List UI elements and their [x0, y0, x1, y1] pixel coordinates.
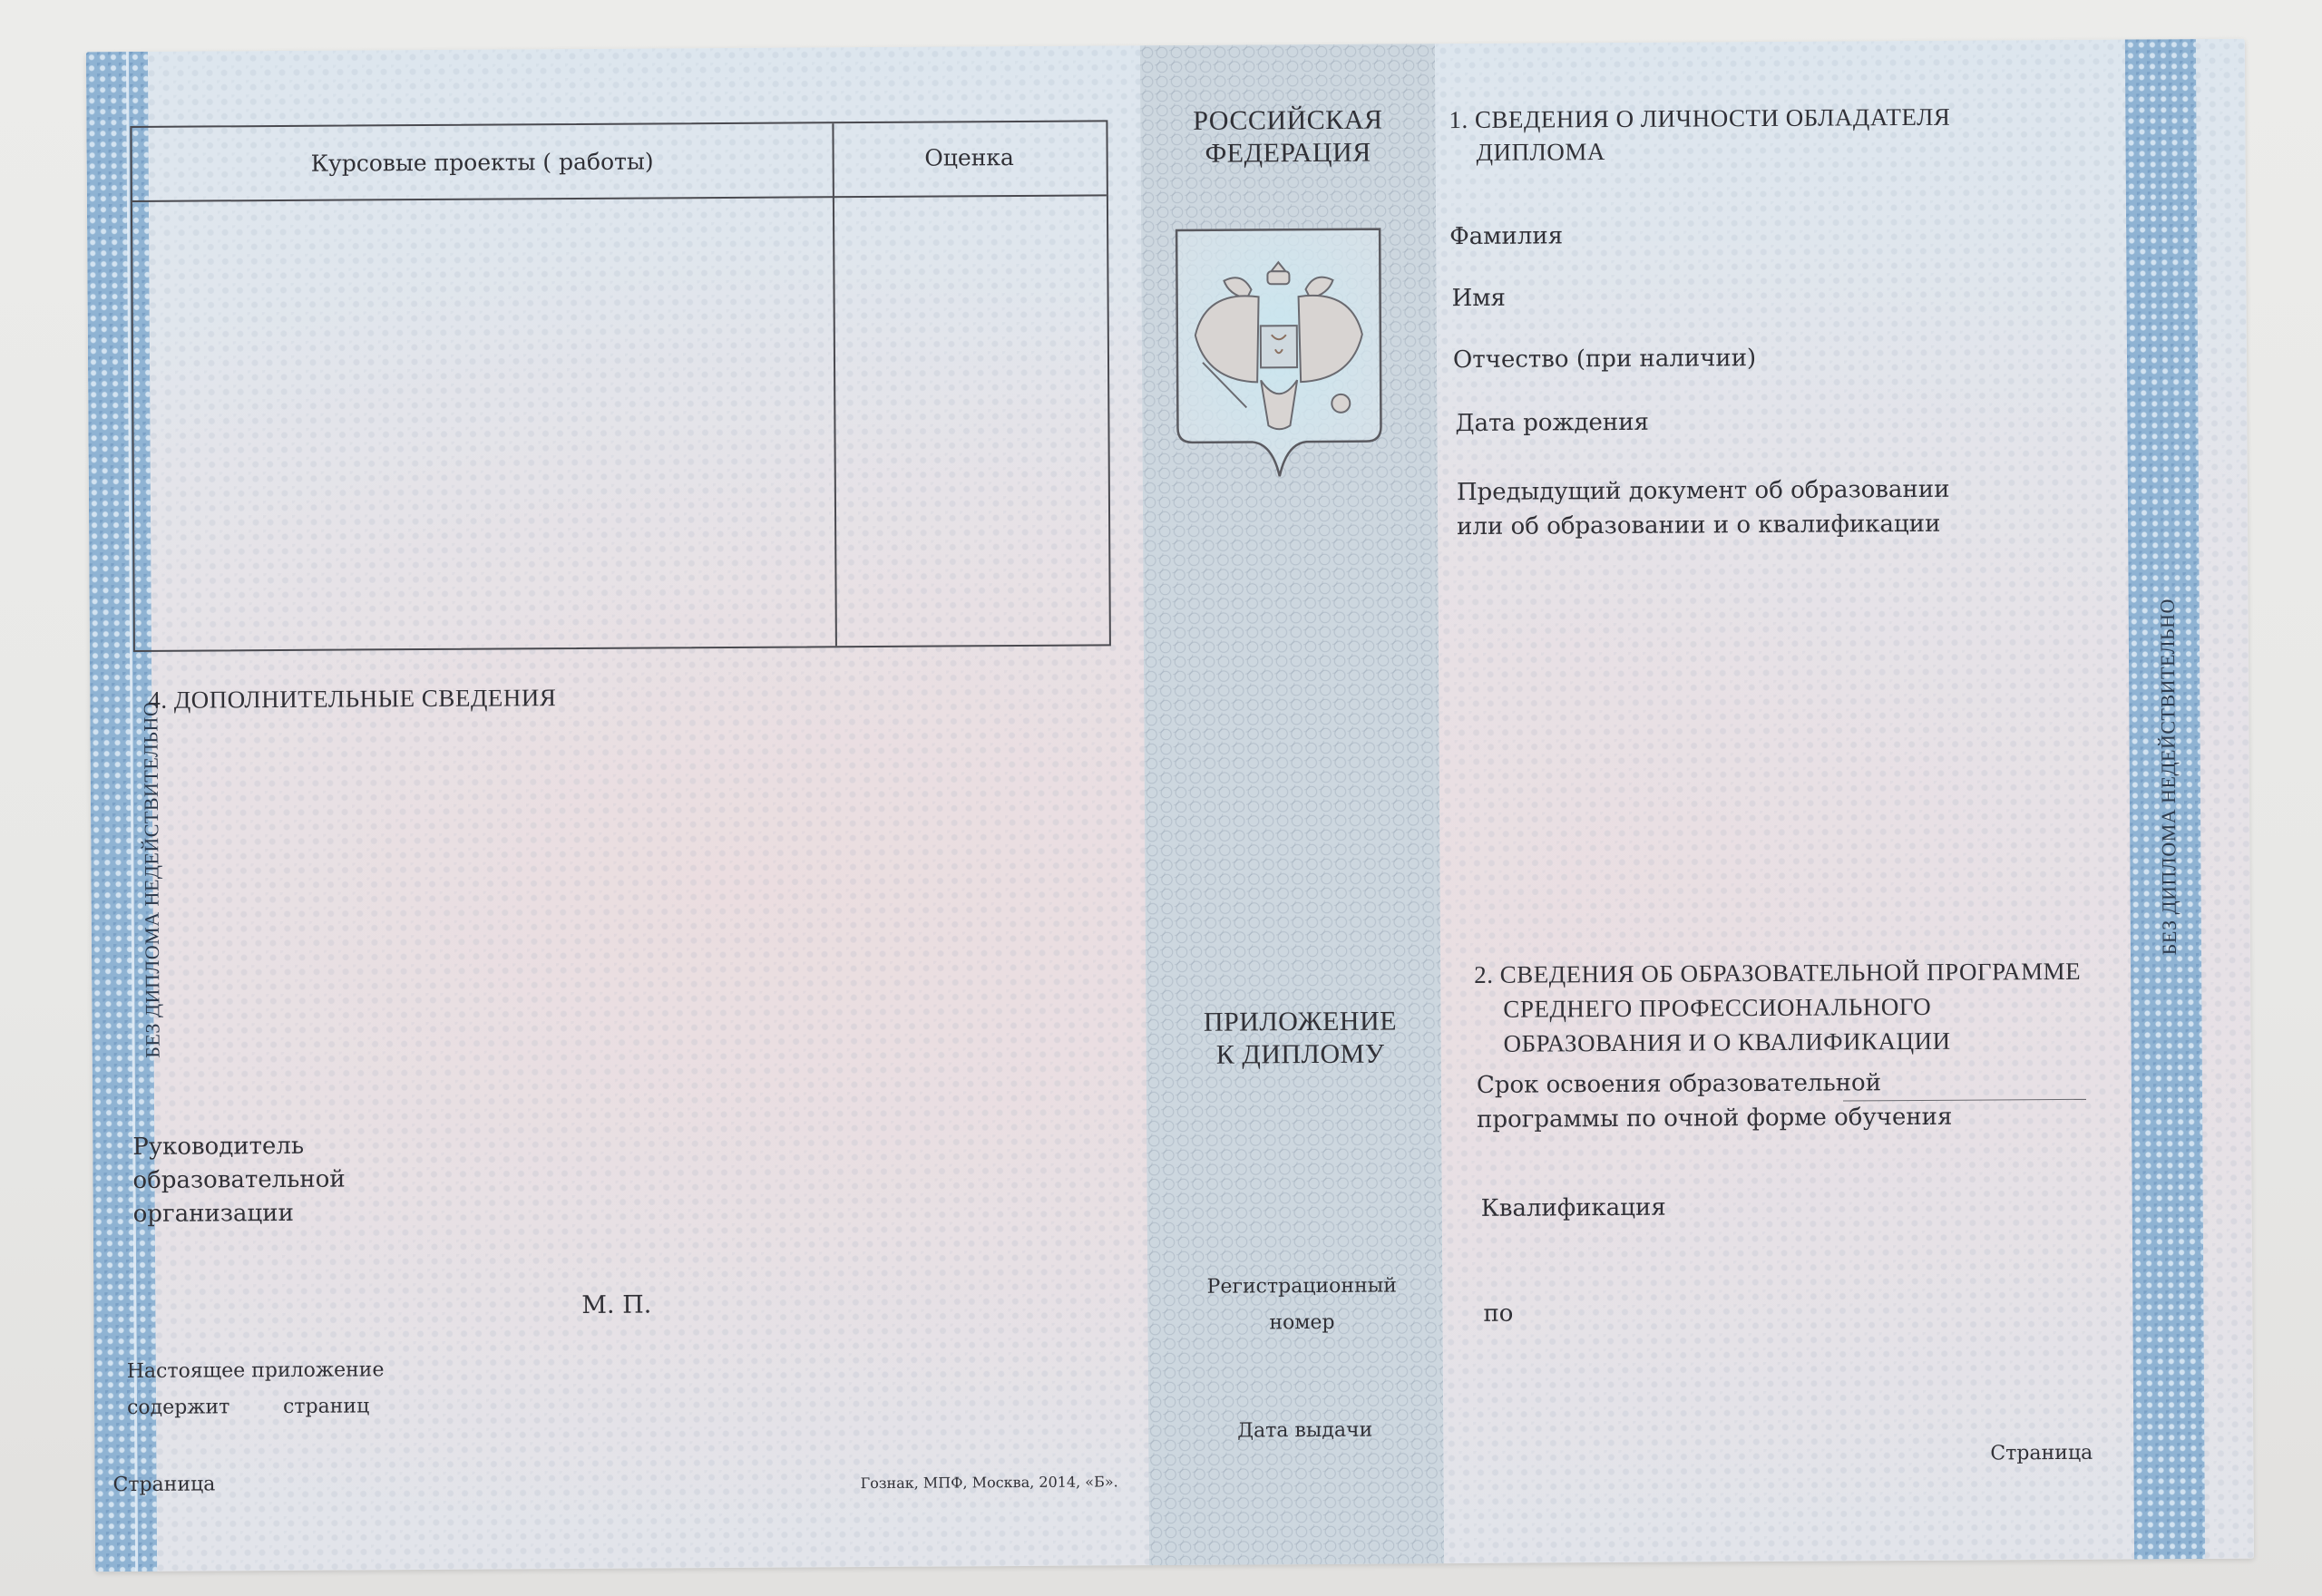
right-page-label: Страница	[1990, 1442, 2093, 1465]
head-of-organization-label: Руководитель образовательной организации	[132, 1130, 346, 1231]
band-text-left: БЕЗ ДИПЛОМА НЕДЕЙСТВИТЕЛЬНО	[139, 702, 164, 1058]
band-text-right: БЕЗ ДИПЛОМА НЕДЕЙСТВИТЕЛЬНО	[2156, 598, 2181, 955]
head-label-line-2: образовательной	[132, 1163, 345, 1198]
left-page-label: Страница	[112, 1473, 215, 1496]
diploma-supplement-sheet: БЕЗ ДИПЛОМА НЕДЕЙСТВИТЕЛЬНО Курсовые про…	[86, 39, 2254, 1572]
right-security-band: БЕЗ ДИПЛОМА НЕДЕЙСТВИТЕЛЬНО	[2125, 39, 2205, 1559]
coat-of-arms-icon	[1169, 226, 1389, 484]
pages-note-pages: страниц	[283, 1395, 369, 1418]
reg-number-line-2: номер	[1147, 1304, 1456, 1342]
country-line-2: ФЕДЕРАЦИЯ	[1141, 136, 1436, 170]
section2-title-line-3: ОБРАЗОВАНИЯ И О КВАЛИФИКАЦИИ	[1474, 1023, 2081, 1061]
study-term-line-1: Срок освоения образовательной	[1477, 1066, 1952, 1103]
field-surname-label: Фамилия	[1449, 222, 1563, 250]
prev-doc-line-2: или об образовании и о квалификации	[1457, 507, 1950, 544]
section1-title-line-1: 1. СВЕДЕНИЯ О ЛИЧНОСТИ ОБЛАДАТЕЛЯ	[1449, 101, 1950, 136]
specialty-prefix: по	[1483, 1300, 1513, 1328]
table-header-divider	[132, 194, 1107, 202]
column-header-projects: Курсовые проекты ( работы)	[132, 147, 833, 178]
reg-number-line-1: Регистрационный	[1147, 1268, 1456, 1306]
course-projects-table: Курсовые проекты ( работы) Оценка	[130, 120, 1111, 652]
prev-doc-line-1: Предыдущий документ об образовании	[1457, 472, 1950, 510]
section4-title: 4. ДОПОЛНИТЕЛЬНЫЕ СВЕДЕНИЯ	[148, 684, 556, 715]
stamp-place-label: М. П.	[581, 1291, 651, 1319]
supplement-title: ПРИЛОЖЕНИЕ К ДИПЛОМУ	[1146, 1005, 1454, 1072]
study-term-label: Срок освоения образовательной программы …	[1477, 1066, 1953, 1137]
section2-title-line-1: 2. СВЕДЕНИЯ ОБ ОБРАЗОВАТЕЛЬНОЙ ПРОГРАММЕ	[1474, 954, 2081, 992]
supplement-title-line-2: К ДИПЛОМУ	[1146, 1037, 1455, 1072]
section1-title: 1. СВЕДЕНИЯ О ЛИЧНОСТИ ОБЛАДАТЕЛЯ ДИПЛОМ…	[1449, 101, 1950, 169]
printer-imprint: Гознак, МПФ, Москва, 2014, «Б».	[861, 1473, 1118, 1492]
country-line-1: РОССИЙСКАЯ	[1140, 103, 1435, 138]
pages-note-contains: содержит	[127, 1396, 229, 1419]
country-title: РОССИЙСКАЯ ФЕДЕРАЦИЯ	[1140, 103, 1435, 170]
column-header-grade: Оценка	[833, 143, 1107, 171]
registration-number-label: Регистрационный номер	[1147, 1268, 1456, 1342]
field-name-label: Имя	[1452, 285, 1506, 312]
issue-date-label: Дата выдачи	[1148, 1418, 1461, 1443]
table-column-divider	[832, 123, 837, 646]
section2-title: 2. СВЕДЕНИЯ ОБ ОБРАЗОВАТЕЛЬНОЙ ПРОГРАММЕ…	[1474, 954, 2082, 1061]
field-patronymic-label: Отчество (при наличии)	[1453, 345, 1756, 374]
field-birth-date-label: Дата рождения	[1455, 409, 1649, 437]
section1-title-line-2: ДИПЛОМА	[1449, 133, 1950, 169]
head-label-line-3: организации	[133, 1197, 346, 1231]
field-previous-document-label: Предыдущий документ об образовании или о…	[1457, 472, 1950, 544]
study-term-line-2: программы по очной форме обучения	[1477, 1100, 1952, 1137]
pages-note-line1: Настоящее приложение	[127, 1358, 385, 1383]
section2-title-line-2: СРЕДНЕГО ПРОФЕССИОНАЛЬНОГО	[1474, 988, 2081, 1027]
supplement-title-line-1: ПРИЛОЖЕНИЕ	[1146, 1005, 1454, 1039]
head-label-line-1: Руководитель	[132, 1130, 345, 1164]
qualification-label: Квалификация	[1481, 1194, 1666, 1222]
